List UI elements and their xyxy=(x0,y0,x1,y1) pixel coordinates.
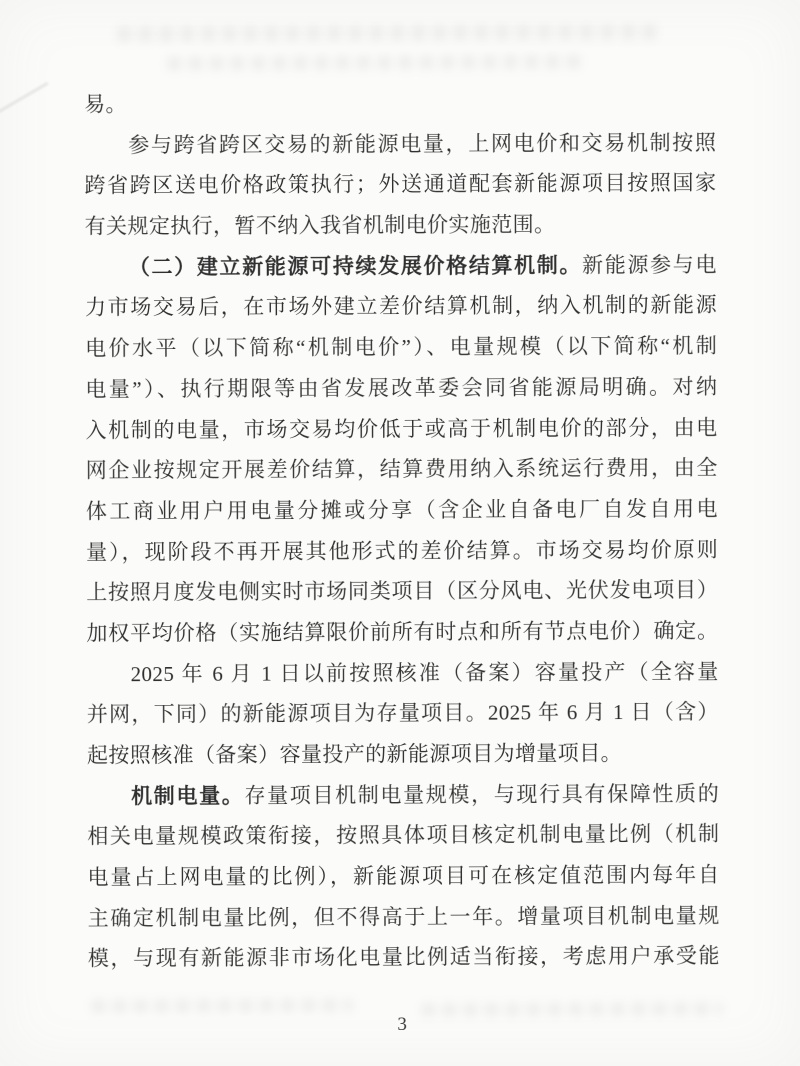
document-page: 易。参与跨省跨区交易的新能源电量，上网电价和交易机制按照跨省跨区送电价格政策执行… xyxy=(0,0,800,1066)
text-line: 上按照月度发电侧实时市场同类项目（区分风电、光伏发电项目） xyxy=(86,570,718,613)
page-number: 3 xyxy=(2,1012,800,1037)
text-run: 主确定机制电量比例，但不得高于上一年。增量项目机制电量规 xyxy=(88,903,720,930)
text-line: 体工商业用户用电量分摊或分享（含企业自备电厂自发自用电 xyxy=(86,488,718,531)
text-run: 2025 年 6 月 1 日以前按照核准（备案）容量投产（全容量 xyxy=(131,659,719,686)
text-run: 易。 xyxy=(84,92,127,116)
text-run: 起按照核准（备案）容量投产的新能源项目为增量项目。 xyxy=(87,741,622,767)
text-run: 新能源参与电 xyxy=(582,252,717,277)
body-text: 易。参与跨省跨区交易的新能源电量，上网电价和交易机制按照跨省跨区送电价格政策执行… xyxy=(84,82,720,980)
text-run: 电量占上网电量的比例），新能源项目可在核定值范围内每年自 xyxy=(87,863,719,890)
text-run: 电量”）、执行期限等由省发展改革委会同省能源局明确。对纳 xyxy=(85,374,717,401)
text-run: 入机制的电量，市场交易均价低于或高于机制电价的部分，由电 xyxy=(85,415,717,442)
scanned-page-content: 易。参与跨省跨区交易的新能源电量，上网电价和交易机制按照跨省跨区送电价格政策执行… xyxy=(0,0,800,1066)
text-line: 电量”）、执行期限等由省发展改革委会同省能源局明确。对纳 xyxy=(85,366,717,409)
text-line: 易。 xyxy=(84,82,716,125)
text-line: 有关规定执行，暂不纳入我省机制电价实施范围。 xyxy=(85,204,717,247)
text-run: 加权平均价格（实施结算限价前所有时点和所有节点电价）确定。 xyxy=(86,619,718,646)
text-line: 网企业按规定开展差价结算，结算费用纳入系统运行费用，由全 xyxy=(86,448,718,491)
text-line: 相关电量规模政策衔接，按照具体项目核定机制电量比例（机制 xyxy=(87,814,719,857)
text-line: 2025 年 6 月 1 日以前按照核准（备案）容量投产（全容量 xyxy=(87,651,719,694)
text-line: 量），现阶段不再开展其他形式的差价结算。市场交易均价原则 xyxy=(86,529,718,572)
scan-bleed-artifact xyxy=(168,55,588,70)
text-run: 力市场交易后，在市场外建立差价结算机制，纳入机制的新能源 xyxy=(85,293,717,320)
text-line: 起按照核准（备案）容量投产的新能源项目为增量项目。 xyxy=(87,733,719,776)
scan-scratch-artifact xyxy=(0,82,48,115)
text-run: 体工商业用户用电量分摊或分享（含企业自备电厂自发自用电 xyxy=(86,496,718,523)
text-run: 量），现阶段不再开展其他形式的差价结算。市场交易均价原则 xyxy=(86,537,718,564)
text-line: 模，与现有新能源非市场化电量比例适当衔接，考虑用户承受能 xyxy=(88,936,720,979)
scan-bleed-artifact xyxy=(92,999,352,1012)
text-line: 力市场交易后，在市场外建立差价结算机制，纳入机制的新能源 xyxy=(85,285,717,328)
text-run: 存量项目机制电量规模，与现行具有保障性质的 xyxy=(244,781,719,807)
bold-heading-run: 机制电量。 xyxy=(131,783,244,807)
text-run: 相关电量规模政策衔接，按照具体项目核定机制电量比例（机制 xyxy=(87,822,719,849)
text-line: 加权平均价格（实施结算限价前所有时点和所有节点电价）确定。 xyxy=(86,611,718,654)
text-run: 并网，下同）的新能源项目为存量项目。2025 年 6 月 1 日（含） xyxy=(87,700,719,727)
text-run: 有关规定执行，暂不纳入我省机制电价实施范围。 xyxy=(85,212,556,238)
text-run: 参与跨省跨区交易的新能源电量，上网电价和交易机制按照 xyxy=(128,130,716,157)
text-run: 网企业按规定开展差价结算，结算费用纳入系统运行费用，由全 xyxy=(86,456,718,483)
text-line: 电量占上网电量的比例），新能源项目可在核定值范围内每年自 xyxy=(87,855,719,898)
scan-bleed-artifact xyxy=(118,25,658,41)
text-line: 入机制的电量，市场交易均价低于或高于机制电价的部分，由电 xyxy=(85,407,717,450)
text-run: 上按照月度发电侧实时市场同类项目（区分风电、光伏发电项目） xyxy=(86,578,718,605)
text-line: 主确定机制电量比例，但不得高于上一年。增量项目机制电量规 xyxy=(88,895,720,938)
text-line: 跨省跨区送电价格政策执行；外送通道配套新能源项目按照国家 xyxy=(84,163,716,206)
text-run: 模，与现有新能源非市场化电量比例适当衔接，考虑用户承受能 xyxy=(88,944,720,971)
text-line: 电价水平（以下简称“机制电价”）、电量规模（以下简称“机制 xyxy=(85,326,717,369)
text-line: 机制电量。存量项目机制电量规模，与现行具有保障性质的 xyxy=(87,773,719,816)
bold-heading-run: （二）建立新能源可持续发展价格结算机制。 xyxy=(129,253,582,279)
text-line: 并网，下同）的新能源项目为存量项目。2025 年 6 月 1 日（含） xyxy=(87,692,719,735)
text-line: （二）建立新能源可持续发展价格结算机制。新能源参与电 xyxy=(85,244,717,287)
text-line: 参与跨省跨区交易的新能源电量，上网电价和交易机制按照 xyxy=(84,122,716,165)
text-run: 跨省跨区送电价格政策执行；外送通道配套新能源项目按照国家 xyxy=(84,171,716,198)
text-run: 电价水平（以下简称“机制电价”）、电量规模（以下简称“机制 xyxy=(85,334,717,361)
